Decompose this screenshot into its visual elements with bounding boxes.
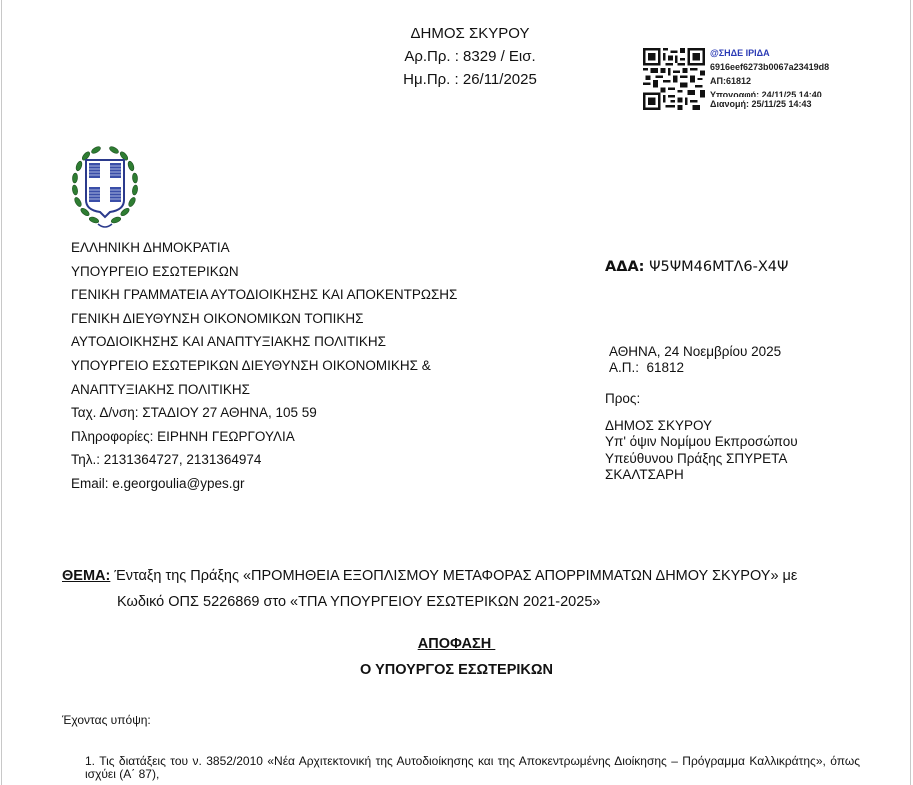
sender-line: ΥΠΟΥΡΓΕΙΟ ΕΣΩΤΕΡΙΚΩΝ ΔΙΕΥΘΥΝΣΗ ΟΙΚΟΝΟΜΙΚ… bbox=[71, 354, 457, 378]
stamp-protocol-number: Αρ.Πρ. : 8329 / Εισ. bbox=[370, 45, 570, 68]
minister-heading: Ο ΥΠΟΥΡΓΟΣ ΕΣΩΤΕΡΙΚΩΝ bbox=[0, 662, 913, 678]
sender-header: ΕΛΛΗΝΙΚΗ ΔΗΜΟΚΡΑΤΙΑ ΥΠΟΥΡΓΕΙΟ ΕΣΩΤΕΡΙΚΩΝ… bbox=[71, 236, 457, 496]
recipient-line: ΣΚΑΛΤΣΑΡΗ bbox=[605, 467, 798, 484]
to-label: Προς: bbox=[605, 391, 798, 408]
protocol-stamp: ΔΗΜΟΣ ΣΚΥΡΟΥ Αρ.Πρ. : 8329 / Εισ. Ημ.Πρ.… bbox=[370, 22, 570, 91]
dateline: ΑΘΗΝΑ, 24 Νοεμβρίου 2025 Α.Π.: 61812 bbox=[609, 344, 781, 376]
qr-hash: 6916eef6273b0067a23419d8 bbox=[710, 60, 829, 74]
qr-brand: @ΣΗΔΕ ΙΡΙΔΑ bbox=[710, 46, 829, 60]
subject-line-2: Κωδικό ΟΠΣ 5226869 στο «ΤΠΑ ΥΠΟΥΡΓΕΙΟΥ Ε… bbox=[62, 589, 797, 615]
subject-label: ΘΕΜΑ: bbox=[62, 568, 110, 584]
qr-signature-date: Υπογραφή: 24/11/25 14:40 bbox=[710, 88, 829, 97]
considering-heading: Έχοντας υπόψη: bbox=[62, 713, 151, 727]
greek-coat-of-arms-icon bbox=[70, 138, 140, 232]
sender-line: ΕΛΛΗΝΙΚΗ ΔΗΜΟΚΡΑΤΙΑ bbox=[71, 236, 457, 260]
stamp-protocol-date: Ημ.Πρ. : 26/11/2025 bbox=[370, 68, 570, 91]
ada-value: Ψ5ΨΜ46ΜΤΛ6-Χ4Ψ bbox=[649, 259, 788, 275]
sender-line: ΓΕΝΙΚΗ ΓΡΑΜΜΑΤΕΙΑ ΑΥΤΟΔΙΟΙΚΗΣΗΣ ΚΑΙ ΑΠΟΚ… bbox=[71, 283, 457, 307]
qr-distribution-date: Διανομή: 25/11/25 14:43 bbox=[710, 97, 829, 111]
decision-title: ΑΠΟΦΑΣΗ bbox=[0, 636, 913, 652]
sender-contact-person: Πληροφορίες: ΕΙΡΗΝΗ ΓΕΩΡΓΟΥΛΙΑ bbox=[71, 425, 457, 449]
sender-email: Email: e.georgoulia@ypes.gr bbox=[71, 472, 457, 496]
sender-line: ΑΝΑΠΤΥΞΙΑΚΗΣ ΠΟΛΙΤΙΚΗΣ bbox=[71, 378, 457, 402]
subject-line-1: Ένταξη της Πράξης «ΠΡΟΜΗΘΕΙΑ ΕΞΟΠΛΙΣΜΟΥ … bbox=[114, 568, 797, 584]
sender-phone: Τηλ.: 2131364727, 2131364974 bbox=[71, 448, 457, 472]
considering-item: 1. Τις διατάξεις του ν. 3852/2010 «Νέα Α… bbox=[85, 755, 860, 781]
ada-label: ΑΔΑ: bbox=[605, 259, 644, 275]
recipient-block: Προς: ΔΗΜΟΣ ΣΚΥΡΟΥ Υπ' όψιν Νομίμου Εκπρ… bbox=[605, 391, 798, 484]
recipient-line: ΔΗΜΟΣ ΣΚΥΡΟΥ bbox=[605, 418, 798, 435]
qr-code-icon bbox=[643, 48, 705, 110]
stamp-municipality: ΔΗΜΟΣ ΣΚΥΡΟΥ bbox=[370, 22, 570, 45]
recipient-line: Υπ' όψιν Νομίμου Εκπροσώπου bbox=[605, 434, 798, 451]
qr-ap: ΑΠ:61812 bbox=[710, 74, 829, 88]
qr-signature-block: @ΣΗΔΕ ΙΡΙΔΑ 6916eef6273b0067a23419d8 ΑΠ:… bbox=[710, 46, 829, 111]
sender-address: Ταχ. Δ/νση: ΣΤΑΔΙΟΥ 27 ΑΘΗΝΑ, 105 59 bbox=[71, 401, 457, 425]
ada-code: ΑΔΑ: Ψ5ΨΜ46ΜΤΛ6-Χ4Ψ bbox=[605, 259, 788, 275]
recipient-line: Υπεύθυνου Πράξης ΣΠΥΡΕΤΑ bbox=[605, 451, 798, 468]
sender-line: ΓΕΝΙΚΗ ΔΙΕΥΘΥΝΣΗ ΟΙΚΟΝΟΜΙΚΩΝ ΤΟΠΙΚΗΣ bbox=[71, 307, 457, 331]
document-ap: Α.Π.: 61812 bbox=[609, 360, 781, 376]
sender-line: ΑΥΤΟΔΙΟΙΚΗΣΗΣ ΚΑΙ ΑΝΑΠΤΥΞΙΑΚΗΣ ΠΟΛΙΤΙΚΗΣ bbox=[71, 330, 457, 354]
place-date: ΑΘΗΝΑ, 24 Νοεμβρίου 2025 bbox=[609, 344, 781, 360]
sender-line: ΥΠΟΥΡΓΕΙΟ ΕΣΩΤΕΡΙΚΩΝ bbox=[71, 260, 457, 284]
subject: ΘΕΜΑ: Ένταξη της Πράξης «ΠΡΟΜΗΘΕΙΑ ΕΞΟΠΛ… bbox=[62, 563, 797, 615]
